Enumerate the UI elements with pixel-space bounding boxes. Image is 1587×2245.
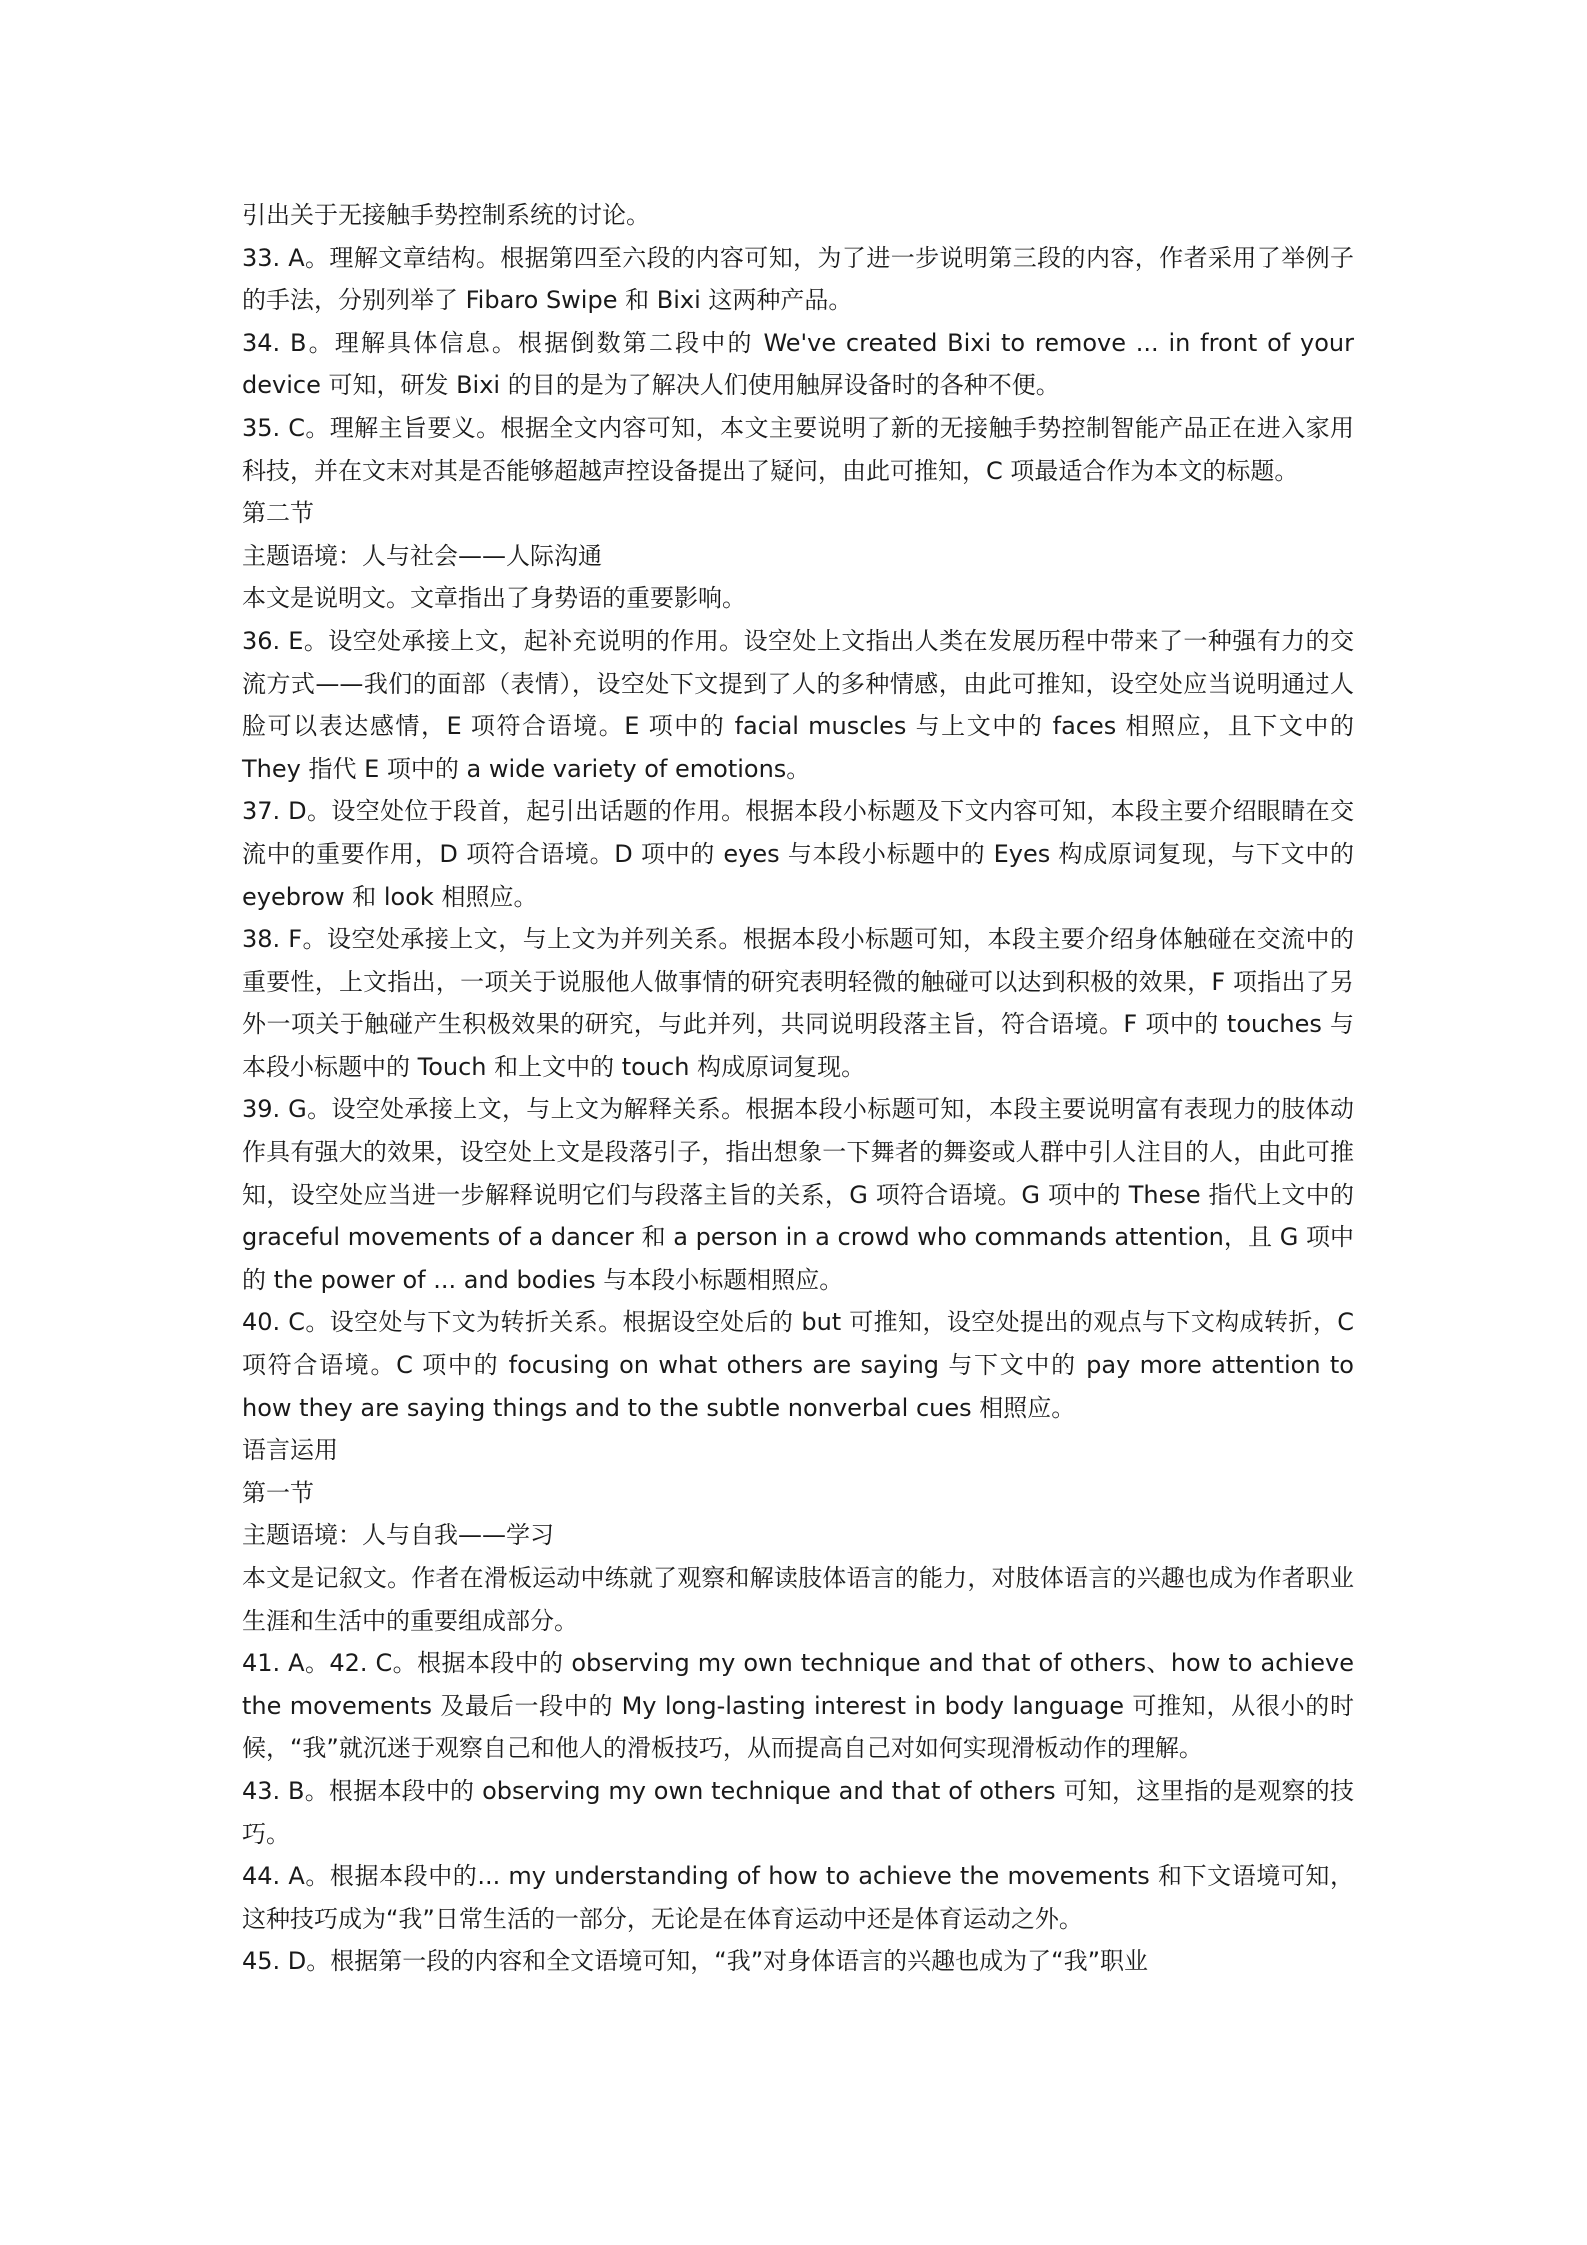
passage-summary: 本文是记叙文。作者在滑板运动中练就了观察和解读肢体语言的能力，对肢体语言的兴趣也… (242, 1557, 1354, 1642)
text-paragraph: 引出关于无接触手势控制系统的讨论。 (242, 194, 1354, 237)
theme-context-heading: 主题语境：人与自我——学习 (242, 1514, 1354, 1557)
answer-33: 33. A。理解文章结构。根据第四至六段的内容可知，为了进一步说明第三段的内容，… (242, 237, 1354, 322)
answer-43: 43. B。根据本段中的 observing my own technique … (242, 1770, 1354, 1855)
answer-36: 36. E。设空处承接上文，起补充说明的作用。设空处上文指出人类在发展历程中带来… (242, 620, 1354, 790)
document-page: 引出关于无接触手势控制系统的讨论。 33. A。理解文章结构。根据第四至六段的内… (242, 194, 1354, 1983)
answer-45: 45. D。根据第一段的内容和全文语境可知，“我”对身体语言的兴趣也成为了“我”… (242, 1940, 1354, 1983)
answer-41-42: 41. A。42. C。根据本段中的 observing my own tech… (242, 1642, 1354, 1770)
passage-summary: 本文是说明文。文章指出了身势语的重要影响。 (242, 577, 1354, 620)
part-heading: 语言运用 (242, 1429, 1354, 1472)
section-heading: 第一节 (242, 1472, 1354, 1515)
answer-34: 34. B。理解具体信息。根据倒数第二段中的 We've created Bix… (242, 322, 1354, 407)
answer-35: 35. C。理解主旨要义。根据全文内容可知，本文主要说明了新的无接触手势控制智能… (242, 407, 1354, 492)
answer-38: 38. F。设空处承接上文，与上文为并列关系。根据本段小标题可知，本段主要介绍身… (242, 918, 1354, 1088)
answer-39: 39. G。设空处承接上文，与上文为解释关系。根据本段小标题可知，本段主要说明富… (242, 1088, 1354, 1301)
answer-44: 44. A。根据本段中的... my understanding of how … (242, 1855, 1354, 1940)
section-heading: 第二节 (242, 492, 1354, 535)
answer-37: 37. D。设空处位于段首，起引出话题的作用。根据本段小标题及下文内容可知，本段… (242, 790, 1354, 918)
answer-40: 40. C。设空处与下文为转折关系。根据设空处后的 but 可推知，设空处提出的… (242, 1301, 1354, 1429)
theme-context-heading: 主题语境：人与社会——人际沟通 (242, 535, 1354, 578)
